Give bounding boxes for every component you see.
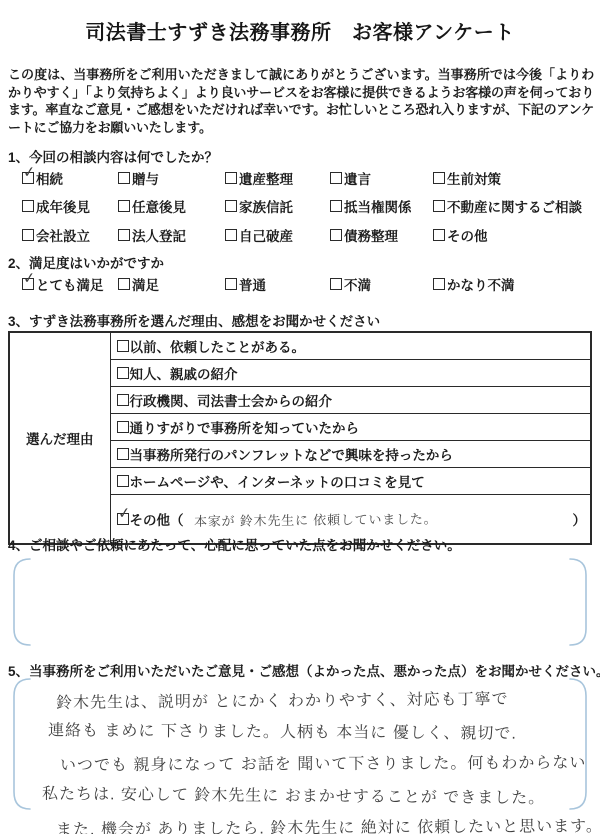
check-icon: ✓: [22, 270, 36, 286]
checkbox-option[interactable]: ✓その他: [433, 225, 582, 244]
checkbox[interactable]: ✓: [22, 278, 34, 290]
q4-label: 4、ご相談やご依頼にあたって、心配に思っていた点をお聞かせください。: [8, 534, 461, 554]
checkbox-option[interactable]: ✓かなり不満: [433, 274, 515, 293]
check-icon: ✓: [22, 164, 36, 180]
checkbox-option[interactable]: ✓不満: [330, 274, 433, 293]
reason-cell: ✓通りすがりで事務所を知っていたから: [110, 413, 591, 440]
survey-page: 司法書士すずき法務事務所 お客様アンケート この度は、当事務所をご利用いただきま…: [0, 0, 600, 834]
checkbox[interactable]: ✓: [330, 229, 342, 241]
checkbox-option[interactable]: ✓相続: [22, 168, 118, 187]
q1-options: ✓相続 ✓贈与 ✓遺産整理 ✓遺言 ✓生前対策 ✓成年後見 ✓任意後見 ✓家族信…: [22, 168, 582, 244]
checkbox[interactable]: ✓: [118, 278, 130, 290]
checkbox-label: 満足: [132, 274, 159, 294]
check-icon: ✓: [117, 505, 131, 521]
q2-options: ✓とても満足 ✓満足 ✓普通 ✓不満 ✓かなり不満: [22, 274, 515, 293]
checkbox-label: 不動産に関するご相談: [447, 196, 582, 216]
other-option-prefix: その他（: [130, 509, 184, 529]
reason-cell: ✓当事務所発行のパンフレットなどで興味を持ったから: [110, 440, 591, 467]
answer-box-left-bracket-icon: [8, 676, 32, 812]
checkbox-option[interactable]: ✓当事務所発行のパンフレットなどで興味を持ったから: [117, 444, 591, 464]
checkbox-label: 債務整理: [344, 225, 398, 245]
checkbox-label: かなり不満: [447, 274, 515, 294]
checkbox[interactable]: ✓: [22, 172, 34, 184]
checkbox[interactable]: ✓: [330, 200, 342, 212]
handwriting-line: 鈴木先生は、説明が とにかく わかりやすく、対応も丁寧で: [56, 686, 509, 713]
checkbox-label: 遺産整理: [239, 168, 293, 188]
checkbox-label: ホームページや、インターネットの口コミを見て: [130, 471, 425, 491]
checkbox-label: 成年後見: [36, 196, 90, 216]
q3-reasons-table: 選んだ理由 ✓以前、依頼したことがある。 ✓知人、親戚の紹介 ✓行政機関、司法書…: [8, 331, 592, 545]
checkbox[interactable]: ✓: [330, 278, 342, 290]
checkbox-option[interactable]: ✓生前対策: [433, 168, 582, 187]
checkbox[interactable]: ✓: [225, 278, 237, 290]
reason-cell: ✓ホームページや、インターネットの口コミを見て: [110, 467, 591, 494]
checkbox-option[interactable]: ✓通りすがりで事務所を知っていたから: [117, 417, 591, 437]
checkbox-option[interactable]: ✓行政機関、司法書士会からの紹介: [117, 390, 591, 410]
checkbox-option[interactable]: ✓債務整理: [330, 225, 433, 244]
checkbox-label: 行政機関、司法書士会からの紹介: [130, 390, 333, 410]
checkbox-option[interactable]: ✓不動産に関するご相談: [433, 197, 582, 216]
checkbox[interactable]: ✓: [433, 278, 445, 290]
checkbox[interactable]: ✓: [117, 448, 129, 460]
checkbox[interactable]: ✓: [433, 200, 445, 212]
checkbox-option[interactable]: ✓成年後見: [22, 197, 118, 216]
checkbox[interactable]: ✓: [330, 172, 342, 184]
handwriting-line: 私たちは. 安心して 鈴木先生に おまかせすることが できました。: [42, 781, 545, 808]
checkbox[interactable]: ✓: [117, 513, 129, 525]
checkbox-option[interactable]: ✓贈与: [118, 168, 225, 187]
checkbox-label: 抵当権関係: [344, 196, 412, 216]
checkbox-label: 当事務所発行のパンフレットなどで興味を持ったから: [130, 444, 453, 464]
reason-cell: ✓知人、親戚の紹介: [110, 359, 591, 386]
other-option[interactable]: ✓ その他（ 本家が 鈴木先生に 依頼していました。 ）: [117, 509, 591, 529]
reason-header-cell: 選んだ理由: [9, 332, 110, 544]
checkbox-label: 生前対策: [447, 168, 501, 188]
checkbox-option[interactable]: ✓知人、親戚の紹介: [117, 363, 591, 383]
table-row: 選んだ理由 ✓以前、依頼したことがある。: [9, 332, 591, 359]
answer-box-left-bracket-icon: [8, 556, 32, 648]
checkbox[interactable]: ✓: [225, 172, 237, 184]
checkbox-option[interactable]: ✓会社設立: [22, 225, 118, 244]
q3-label: 3、すずき法務事務所を選んだ理由、感想をお聞かせください: [8, 310, 380, 330]
checkbox[interactable]: ✓: [22, 200, 34, 212]
checkbox-label: 普通: [239, 274, 266, 294]
checkbox[interactable]: ✓: [118, 172, 130, 184]
reason-cell: ✓以前、依頼したことがある。: [110, 332, 591, 359]
checkbox-option[interactable]: ✓抵当権関係: [330, 197, 433, 216]
checkbox-option[interactable]: ✓普通: [225, 274, 330, 293]
checkbox-option[interactable]: ✓遺言: [330, 168, 433, 187]
reason-cell: ✓行政機関、司法書士会からの紹介: [110, 386, 591, 413]
other-handwritten-text: 本家が 鈴木先生に 依頼していました。: [183, 507, 572, 530]
answer-box-right-bracket-icon: [568, 676, 592, 812]
q4-answer-box[interactable]: [8, 556, 592, 648]
checkbox-option[interactable]: ✓任意後見: [118, 197, 225, 216]
checkbox-option[interactable]: ✓以前、依頼したことがある。: [117, 336, 591, 356]
checkbox[interactable]: ✓: [22, 229, 34, 241]
checkbox[interactable]: ✓: [117, 340, 129, 352]
checkbox[interactable]: ✓: [118, 200, 130, 212]
checkbox-label: その他: [447, 225, 488, 245]
checkbox-option[interactable]: ✓家族信託: [225, 197, 330, 216]
other-option-suffix: ）: [573, 509, 587, 529]
checkbox-label: 家族信託: [239, 196, 293, 216]
checkbox-option[interactable]: ✓自己破産: [225, 225, 330, 244]
checkbox-label: 法人登記: [132, 225, 186, 245]
checkbox-label: 知人、親戚の紹介: [130, 363, 238, 383]
checkbox-option[interactable]: ✓ホームページや、インターネットの口コミを見て: [117, 471, 591, 491]
checkbox[interactable]: ✓: [117, 367, 129, 379]
page-title: 司法書士すずき法務事務所 お客様アンケート: [0, 16, 600, 45]
checkbox[interactable]: ✓: [433, 172, 445, 184]
checkbox[interactable]: ✓: [225, 200, 237, 212]
q1-label: 1、今回の相談内容は何でしたか？: [8, 146, 218, 166]
checkbox-label: 通りすがりで事務所を知っていたから: [130, 417, 360, 437]
checkbox[interactable]: ✓: [117, 394, 129, 406]
handwriting-line: また. 機会が ありましたら. 鈴木先生に 絶対に 依頼したいと思います。: [56, 813, 600, 834]
checkbox-label: 任意後見: [132, 196, 186, 216]
checkbox-label: とても満足: [36, 274, 104, 294]
checkbox[interactable]: ✓: [433, 229, 445, 241]
checkbox-label: 贈与: [132, 168, 159, 188]
intro-text: この度は、当事務所をご利用いただきまして誠にありがとうございます。当事務所では今…: [8, 66, 594, 136]
checkbox-option[interactable]: ✓法人登記: [118, 225, 225, 244]
checkbox-label: 会社設立: [36, 225, 90, 245]
checkbox-option[interactable]: ✓満足: [118, 274, 225, 293]
checkbox-label: 自己破産: [239, 225, 293, 245]
checkbox-label: 相続: [36, 168, 63, 188]
checkbox[interactable]: ✓: [225, 229, 237, 241]
answer-box-right-bracket-icon: [568, 556, 592, 648]
checkbox-label: 遺言: [344, 168, 371, 188]
checkbox[interactable]: ✓: [118, 229, 130, 241]
handwriting-line: 連絡も まめに 下さりました。人柄も 本当に 優しく、親切で.: [48, 717, 517, 743]
checkbox[interactable]: ✓: [117, 475, 129, 487]
checkbox[interactable]: ✓: [117, 421, 129, 433]
handwriting-line: いつでも 親身になって お話を 聞いて下さりました。何もわからない: [60, 750, 586, 776]
checkbox-label: 以前、依頼したことがある。: [130, 336, 306, 356]
checkbox-label: 不満: [344, 274, 371, 294]
checkbox-option[interactable]: ✓とても満足: [22, 274, 118, 293]
checkbox-option[interactable]: ✓遺産整理: [225, 168, 330, 187]
